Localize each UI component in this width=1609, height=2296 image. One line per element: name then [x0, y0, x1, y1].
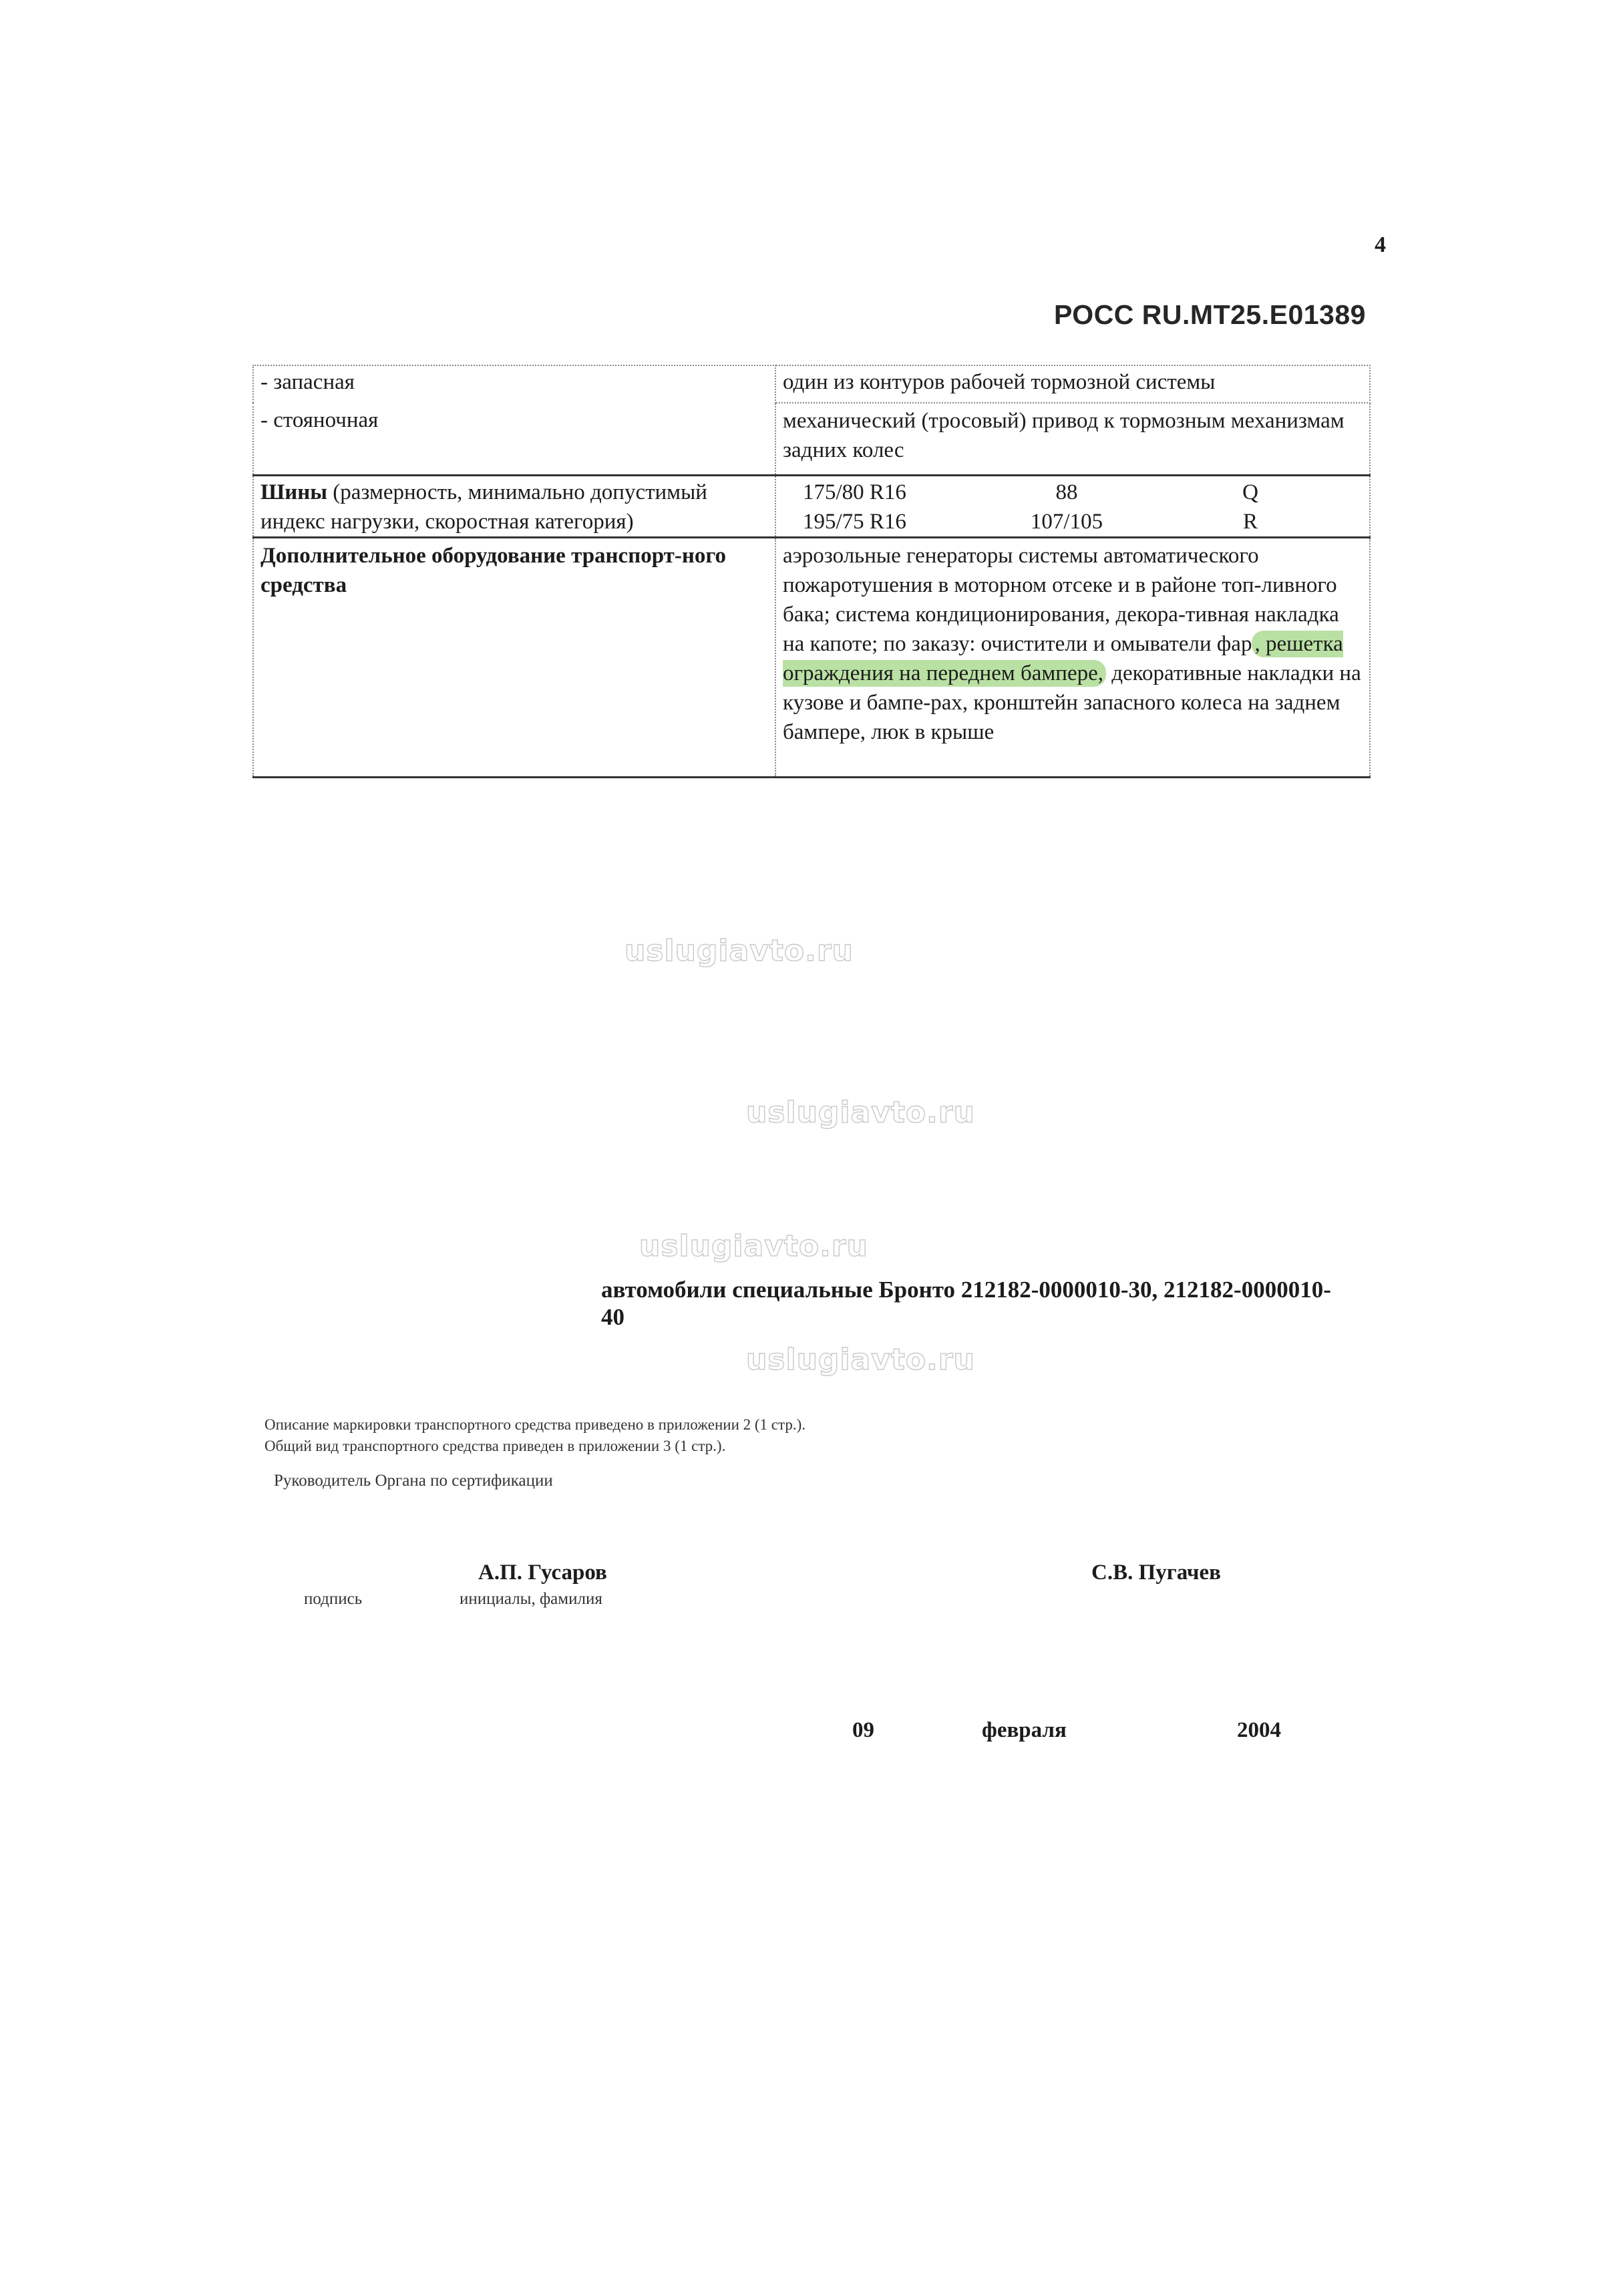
row-value: один из контуров рабочей тормозной систе…	[775, 365, 1370, 403]
tyre-load-index: 88	[970, 478, 1164, 507]
tyre-size: 175/80 R16	[803, 478, 970, 507]
note-marking: Описание маркировки транспортного средст…	[264, 1415, 806, 1435]
signatory-role: Руководитель Органа по сертификации	[274, 1472, 553, 1490]
tyre-load-index: 107/105	[970, 507, 1164, 536]
row-value: механический (тросовый) привод к тормозн…	[775, 403, 1370, 476]
note-general-view: Общий вид транспортного средства приведе…	[264, 1436, 725, 1456]
row-label: - стояночная	[253, 403, 775, 476]
watermark: uslugiavto.ru	[639, 1229, 868, 1263]
row-label: Дополнительное оборудование транспорт-но…	[253, 538, 775, 778]
watermark: uslugiavto.ru	[746, 1096, 975, 1130]
tyre-size: 195/75 R16	[803, 507, 970, 536]
signatory-name-2: С.В. Пугачев	[1091, 1561, 1221, 1585]
date-month: февраля	[982, 1718, 1067, 1743]
row-label: - запасная	[253, 365, 775, 403]
row-value: аэрозольные генераторы системы автоматич…	[775, 538, 1370, 778]
tyre-row: 175/80 R16 88 Q	[803, 478, 1363, 507]
vehicle-models: автомобили специальные Бронто 212182-000…	[601, 1276, 1343, 1331]
tyre-row: 195/75 R16 107/105 R	[803, 507, 1363, 536]
watermark: uslugiavto.ru	[746, 1343, 975, 1377]
tyre-speed-category: R	[1164, 507, 1337, 536]
row-value: 175/80 R16 88 Q 195/75 R16 107/105 R	[775, 476, 1370, 538]
date-year: 2004	[1237, 1718, 1281, 1743]
tyres-label: Шины	[260, 480, 327, 504]
page-number: 4	[1375, 232, 1386, 258]
tyre-speed-category: Q	[1164, 478, 1337, 507]
table-row-equipment: Дополнительное оборудование транспорт-но…	[253, 538, 1370, 778]
signatory-name-1: А.П. Гусаров	[478, 1561, 607, 1585]
signature-label: подпись	[304, 1590, 362, 1609]
initials-label: инициалы, фамилия	[460, 1590, 602, 1609]
table-row: - стояночная механический (тросовый) при…	[253, 403, 1370, 476]
row-label: Шины (размерность, минимально допустимый…	[253, 476, 775, 538]
tyres-label-desc: (размерность, минимально допустимый инде…	[260, 480, 707, 534]
table-row: - запасная один из контуров рабочей торм…	[253, 365, 1370, 403]
spec-table: - запасная один из контуров рабочей торм…	[252, 365, 1371, 778]
watermark: uslugiavto.ru	[624, 934, 854, 968]
table-row-tyres: Шины (размерность, минимально допустимый…	[253, 476, 1370, 538]
date-day: 09	[852, 1718, 874, 1743]
certificate-number: РОСС RU.MT25.E01389	[1054, 299, 1366, 331]
